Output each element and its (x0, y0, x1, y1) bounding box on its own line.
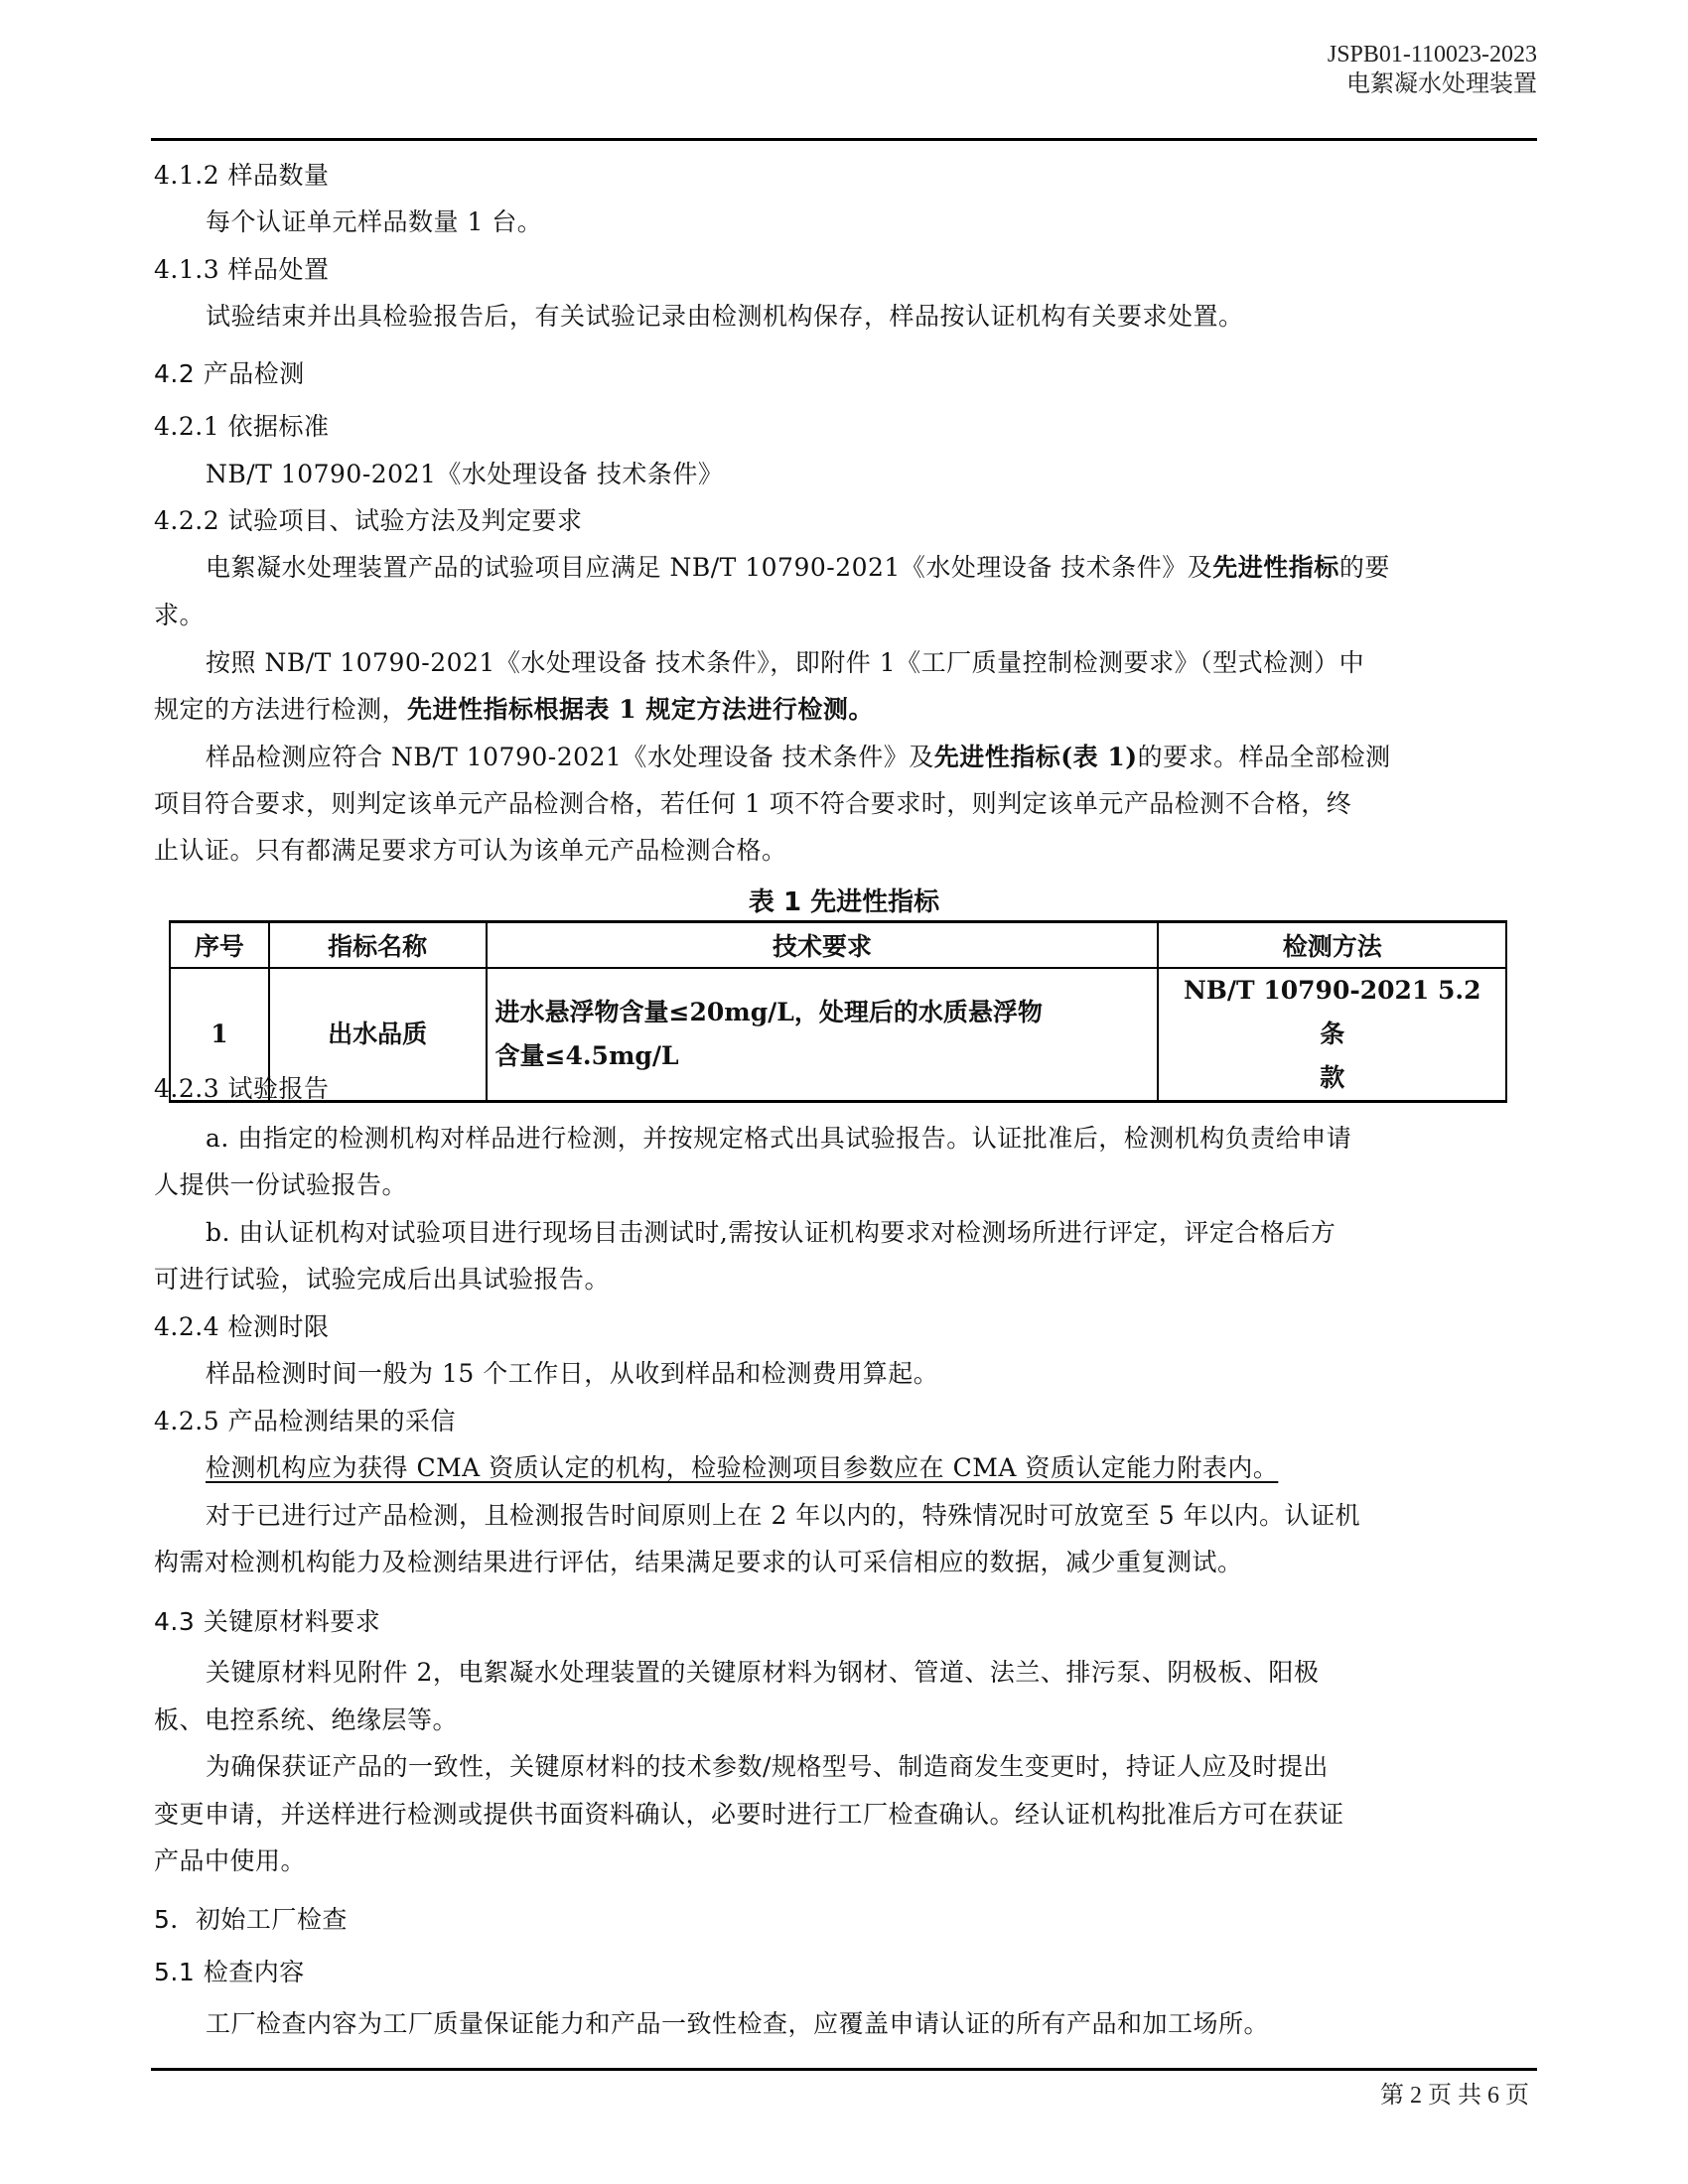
heading-4-2-4: 4.2.4 检测时限 (154, 1310, 330, 1344)
paragraph-acceptance: 对于已进行过产品检测，且检测报告时间原则上在 2 年以内的，特殊情况时可放宽至 … (206, 1499, 1360, 1533)
paragraph-key-materials: 关键原材料见附件 2，电絮凝水处理装置的关键原材料为钢材、管道、法兰、排污泵、阴… (206, 1656, 1319, 1690)
paragraph-judgement: 样品检测应符合 NB/T 10790-2021《水处理设备 技术条件》及先进性指… (206, 741, 1391, 774)
heading-4-3: 4.3 关键原材料要求 (154, 1605, 380, 1639)
heading-4-2-2: 4.2.2 试验项目、试验方法及判定要求 (154, 504, 583, 538)
paragraph-time-limit: 样品检测时间一般为 15 个工作日，从收到样品和检测费用算起。 (206, 1357, 938, 1391)
paragraph-report-b-cont: 可进行试验，试验完成后出具试验报告。 (154, 1263, 610, 1297)
paragraph-judgement-end: 止认证。只有都满足要求方可认为该单元产品检测合格。 (154, 834, 787, 868)
paragraph-sample-disposal: 试验结束并出具检验报告后，有关试验记录由检测机构保存，样品按认证机构有关要求处置… (206, 300, 1244, 334)
heading-4-2: 4.2 产品检测 (154, 357, 305, 391)
page-number: 第 2 页 共 6 页 (1380, 2075, 1529, 2110)
document-code: JSPB01-110023-2023 (1328, 40, 1537, 69)
heading-4-2-5: 4.2.5 产品检测结果的采信 (154, 1405, 456, 1438)
paragraph-consistency-cont: 变更申请，并送样进行检测或提供书面资料确认，必要时进行工厂检查确认。经认证机构批… (154, 1798, 1344, 1832)
paragraph-standard: NB/T 10790-2021《水处理设备 技术条件》 (206, 458, 723, 491)
document-page: JSPB01-110023-2023 电絮凝水处理装置 4.1.2 样品数量 每… (0, 0, 1688, 2184)
paragraph-consistency: 为确保获证产品的一致性，关键原材料的技术参数/规格型号、制造商发生变更时，持证人… (206, 1750, 1329, 1784)
column-header-indicator: 指标名称 (269, 922, 487, 969)
heading-4-2-3: 4.2.3 试验报告 (154, 1072, 330, 1106)
advanced-indicator-table: 序号 指标名称 技术要求 检测方法 1 出水品质 进水悬浮物含量≤20mg/L，… (169, 920, 1507, 1103)
heading-4-1-3: 4.1.3 样品处置 (154, 253, 330, 287)
header-divider (151, 138, 1537, 141)
paragraph-key-materials-cont: 板、电控系统、绝缘层等。 (154, 1704, 458, 1737)
bold-advanced-indicator: 先进性指标 (1212, 553, 1339, 582)
paragraph-judgement-cont: 项目符合要求，则判定该单元产品检测合格，若任何 1 项不符合要求时，则判定该单元… (154, 787, 1351, 821)
heading-4-1-2: 4.1.2 样品数量 (154, 159, 330, 193)
paragraph-test-method: 按照 NB/T 10790-2021《水处理设备 技术条件》，即附件 1《工厂质… (206, 646, 1364, 680)
bold-advanced-indicator-table: 先进性指标(表 1) (934, 743, 1138, 771)
paragraph-inspection-content: 工厂检查内容为工厂质量保证能力和产品一致性检查，应覆盖申请认证的所有产品和加工场… (206, 2007, 1269, 2041)
table-caption: 表 1 先进性指标 (0, 882, 1688, 918)
paragraph-test-method-cont: 规定的方法进行检测，先进性指标根据表 1 规定方法进行检测。 (154, 693, 874, 727)
document-title: 电絮凝水处理装置 (1346, 69, 1537, 99)
cell-requirement: 进水悬浮物含量≤20mg/L，处理后的水质悬浮物 含量≤4.5mg/L (487, 968, 1159, 1102)
column-header-no: 序号 (170, 922, 269, 969)
paragraph-cma-underlined: 检测机构应为获得 CMA 资质认定的机构，检验检测项目参数应在 CMA 资质认定… (206, 1451, 1278, 1485)
paragraph-test-items: 电絮凝水处理装置产品的试验项目应满足 NB/T 10790-2021《水处理设备… (206, 551, 1390, 585)
paragraph-consistency-end: 产品中使用。 (154, 1844, 306, 1878)
paragraph-report-a-cont: 人提供一份试验报告。 (154, 1168, 407, 1202)
footer-divider (151, 2068, 1537, 2071)
column-header-method: 检测方法 (1158, 922, 1506, 969)
column-header-requirement: 技术要求 (487, 922, 1159, 969)
paragraph-acceptance-cont: 构需对检测机构能力及检测结果进行评估，结果满足要求的认可采信相应的数据，减少重复… (154, 1546, 1243, 1579)
bold-table-method: 先进性指标根据表 1 规定方法进行检测。 (407, 695, 874, 724)
table-row: 1 出水品质 进水悬浮物含量≤20mg/L，处理后的水质悬浮物 含量≤4.5mg… (170, 968, 1506, 1102)
paragraph-sample-quantity: 每个认证单元样品数量 1 台。 (206, 205, 542, 239)
heading-4-2-1: 4.2.1 依据标准 (154, 410, 330, 444)
paragraph-test-items-cont: 求。 (154, 599, 205, 632)
cell-method: NB/T 10790-2021 5.2 条 款 (1158, 968, 1506, 1102)
paragraph-report-b: b. 由认证机构对试验项目进行现场目击测试时,需按认证机构要求对检测场所进行评定… (206, 1216, 1336, 1250)
heading-5: 5．初始工厂检查 (154, 1903, 348, 1937)
heading-5-1: 5.1 检查内容 (154, 1956, 305, 1989)
table-header-row: 序号 指标名称 技术要求 检测方法 (170, 922, 1506, 969)
paragraph-report-a: a. 由指定的检测机构对样品进行检测，并按规定格式出具试验报告。认证批准后，检测… (206, 1122, 1351, 1156)
